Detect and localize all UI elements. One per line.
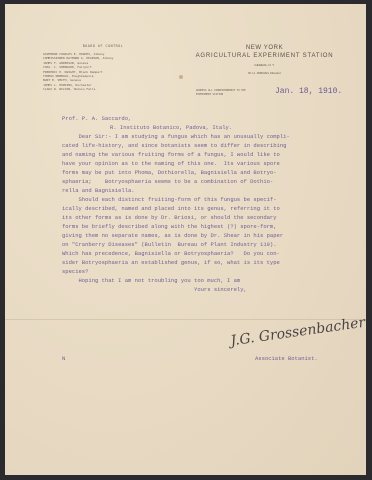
body-line: Hoping that I am not troubling you too m… xyxy=(62,276,362,285)
signer-title: Associate Botanist. xyxy=(255,355,318,362)
recipient-name: Prof. P. A. Saccardo, xyxy=(62,114,362,123)
board-member: CLAUS W. WILSON, Hudson Falls xyxy=(43,87,163,91)
body-line: its other forms as is done by Dr. Briosi… xyxy=(62,213,362,222)
letter-body: Prof. P. A. Saccardo,R. Instituto Botani… xyxy=(62,114,362,294)
body-line: Dear Sir:- I am studying a fungus which … xyxy=(62,132,362,141)
body-line: sider Botryosphaeria an established genu… xyxy=(62,258,362,267)
letter-page: BOARD OF CONTROL GOVERNOR CHARLES E. HUG… xyxy=(5,4,366,475)
body-line: on "Cranberry Diseases" (Bulletin Bureau… xyxy=(62,240,362,249)
fold-line xyxy=(5,319,366,320)
institution-header: NEW YORK AGRICULTURAL EXPERIMENT STATION… xyxy=(192,44,337,75)
institution-location: GENEVA, N. Y. xyxy=(192,63,337,67)
body-line: and naming the various fruiting forms of… xyxy=(62,150,362,159)
institution-line2: AGRICULTURAL EXPERIMENT STATION xyxy=(192,52,337,60)
body-line: ically described, named and placed into … xyxy=(62,204,362,213)
recipient-address: R. Instituto Botanico, Padova, Italy. xyxy=(62,123,362,132)
body-line: species? xyxy=(62,267,362,276)
body-line: giving them no separate names, as is don… xyxy=(62,231,362,240)
body-line: have your opinion as to the naming of th… xyxy=(62,159,362,168)
institution-line1: NEW YORK xyxy=(192,44,337,52)
body-line: forms may be put into Phoma, Dothiorella… xyxy=(62,168,362,177)
letter-date: Jan. 18, 1910. xyxy=(275,87,342,96)
stain-spot xyxy=(179,75,183,79)
body-line: rella and Bagnisiella. xyxy=(62,186,362,195)
board-of-control: BOARD OF CONTROL GOVERNOR CHARLES E. HUG… xyxy=(43,44,163,92)
body-line: cated life-history, and since botanists … xyxy=(62,141,362,150)
typist-initial: N xyxy=(62,355,65,362)
institution-director: W. H. JORDAN, Director xyxy=(192,71,337,75)
address-note: ADDRESS ALL CORRESPONDENCE TO THE EXPERI… xyxy=(196,89,256,96)
body-line: Should each distinct fruiting-form of th… xyxy=(62,195,362,204)
board-title: BOARD OF CONTROL xyxy=(37,44,169,48)
body-line: Which has precedence, Bagnisiella or Bot… xyxy=(62,249,362,258)
body-line: Yours sincerely, xyxy=(62,285,362,294)
body-line: sphaeria; Botryosphaeria seems to be a c… xyxy=(62,177,362,186)
body-line: forms be briefly described along with th… xyxy=(62,222,362,231)
